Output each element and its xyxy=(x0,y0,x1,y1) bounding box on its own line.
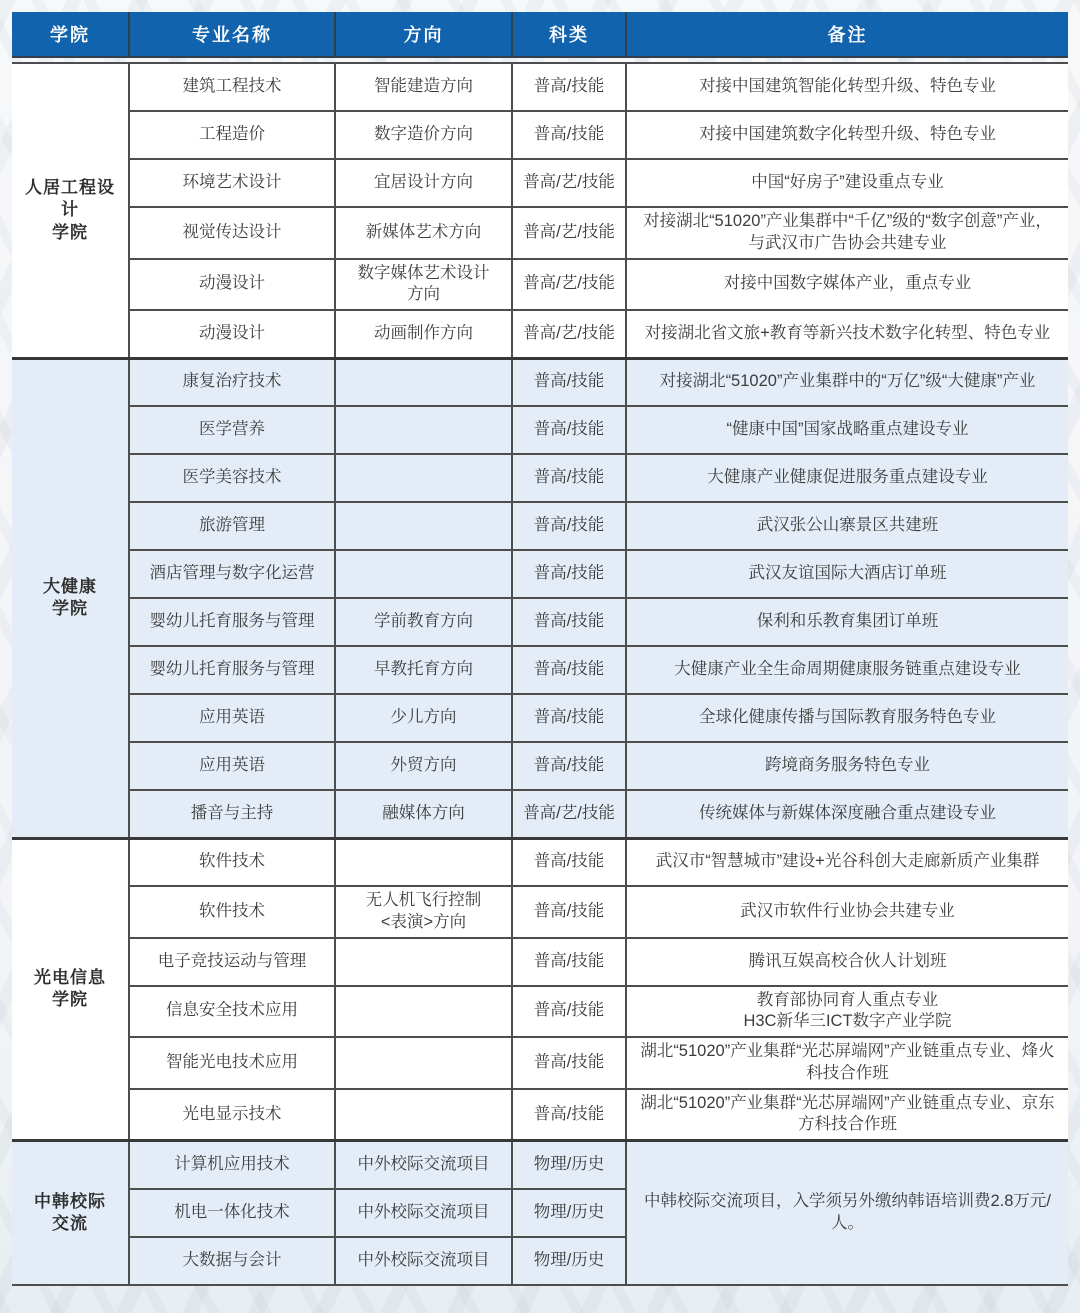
remark-cell: 保利和乐教育集团订单班 xyxy=(626,598,1068,646)
major-cell: 医学营养 xyxy=(129,406,335,454)
merged-remark-cell: 中韩校际交流项目，入学须另外缴纳韩语培训费2.8万元/人。 xyxy=(626,1141,1068,1285)
table-row: 视觉传达设计 新媒体艺术方向 普高/艺/技能 对接湖北“51020”产业集群中“… xyxy=(12,207,1068,259)
category-cell: 普高/艺/技能 xyxy=(512,310,626,358)
header-row: 学院 专业名称 方向 科类 备注 xyxy=(12,12,1068,57)
major-cell: 机电一体化技术 xyxy=(129,1189,335,1237)
category-cell: 普高/技能 xyxy=(512,1089,626,1141)
header-remark: 备注 xyxy=(626,12,1068,57)
table-row: 信息安全技术应用 普高/技能 教育部协同育人重点专业 H3C新华三ICT数字产业… xyxy=(12,986,1068,1038)
category-cell: 普高/技能 xyxy=(512,598,626,646)
remark-cell: 教育部协同育人重点专业 H3C新华三ICT数字产业学院 xyxy=(626,986,1068,1038)
direction-cell: 少儿方向 xyxy=(335,694,512,742)
direction-cell xyxy=(335,454,512,502)
table-row: 动漫设计 动画制作方向 普高/艺/技能 对接湖北省文旅+教育等新兴技术数字化转型… xyxy=(12,310,1068,358)
category-cell: 物理/历史 xyxy=(512,1189,626,1237)
category-cell: 普高/技能 xyxy=(512,502,626,550)
major-cell: 软件技术 xyxy=(129,838,335,886)
major-cell: 智能光电技术应用 xyxy=(129,1037,335,1089)
major-cell: 播音与主持 xyxy=(129,790,335,838)
major-cell: 动漫设计 xyxy=(129,310,335,358)
table-row: 光电显示技术 普高/技能 湖北“51020”产业集群“光芯屏端网”产业链重点专业… xyxy=(12,1089,1068,1141)
remark-cell: 湖北“51020”产业集群“光芯屏端网”产业链重点专业、烽火科技合作班 xyxy=(626,1037,1068,1089)
college-cell: 大健康 学院 xyxy=(12,358,129,838)
table-row: 医学营养 普高/技能 “健康中国”国家战略重点建设专业 xyxy=(12,406,1068,454)
table-row: 应用英语 少儿方向 普高/技能 全球化健康传播与国际教育服务特色专业 xyxy=(12,694,1068,742)
major-cell: 建筑工程技术 xyxy=(129,63,335,111)
major-cell: 旅游管理 xyxy=(129,502,335,550)
category-cell: 普高/技能 xyxy=(512,454,626,502)
major-cell: 大数据与会计 xyxy=(129,1237,335,1285)
table-row: 酒店管理与数字化运营 普高/技能 武汉友谊国际大酒店订单班 xyxy=(12,550,1068,598)
remark-cell: 传统媒体与新媒体深度融合重点建设专业 xyxy=(626,790,1068,838)
category-cell: 普高/技能 xyxy=(512,111,626,159)
major-cell: 应用英语 xyxy=(129,694,335,742)
table-row: 电子竞技运动与管理 普高/技能 腾讯互娱高校合伙人计划班 xyxy=(12,938,1068,986)
category-cell: 普高/技能 xyxy=(512,63,626,111)
category-cell: 普高/技能 xyxy=(512,886,626,938)
direction-cell xyxy=(335,406,512,454)
category-cell: 普高/艺/技能 xyxy=(512,259,626,311)
remark-cell: 大健康产业全生命周期健康服务链重点建设专业 xyxy=(626,646,1068,694)
header-direction: 方向 xyxy=(335,12,512,57)
remark-cell: 对接湖北省文旅+教育等新兴技术数字化转型、特色专业 xyxy=(626,310,1068,358)
major-cell: 计算机应用技术 xyxy=(129,1141,335,1189)
table-row: 工程造价 数字造价方向 普高/技能 对接中国建筑数字化转型升级、特色专业 xyxy=(12,111,1068,159)
category-cell: 普高/技能 xyxy=(512,358,626,406)
direction-cell xyxy=(335,938,512,986)
major-cell: 视觉传达设计 xyxy=(129,207,335,259)
college-cell: 中韩校际 交流 xyxy=(12,1141,129,1285)
remark-cell: 武汉张公山寨景区共建班 xyxy=(626,502,1068,550)
remark-cell: 对接湖北“51020”产业集群中的“万亿”级“大健康”产业 xyxy=(626,358,1068,406)
table-row: 应用英语 外贸方向 普高/技能 跨境商务服务特色专业 xyxy=(12,742,1068,790)
table-row: 播音与主持 融媒体方向 普高/艺/技能 传统媒体与新媒体深度融合重点建设专业 xyxy=(12,790,1068,838)
college-cell: 人居工程设计 学院 xyxy=(12,63,129,358)
table-row: 环境艺术设计 宜居设计方向 普高/艺/技能 中国“好房子”建设重点专业 xyxy=(12,159,1068,207)
table-row: 人居工程设计 学院 建筑工程技术 智能建造方向 普高/技能 对接中国建筑智能化转… xyxy=(12,63,1068,111)
major-cell: 动漫设计 xyxy=(129,259,335,311)
remark-cell: 对接中国建筑智能化转型升级、特色专业 xyxy=(626,63,1068,111)
majors-table: 学院 专业名称 方向 科类 备注 人居工程设计 学院 建筑工程技术 智能建造方向… xyxy=(12,12,1068,1286)
table-row: 大健康 学院 康复治疗技术 普高/技能 对接湖北“51020”产业集群中的“万亿… xyxy=(12,358,1068,406)
direction-cell: 融媒体方向 xyxy=(335,790,512,838)
table-header: 学院 专业名称 方向 科类 备注 xyxy=(12,12,1068,63)
direction-cell: 早教托育方向 xyxy=(335,646,512,694)
header-category: 科类 xyxy=(512,12,626,57)
direction-cell xyxy=(335,550,512,598)
remark-cell: 腾讯互娱高校合伙人计划班 xyxy=(626,938,1068,986)
majors-sheet: 学院 专业名称 方向 科类 备注 人居工程设计 学院 建筑工程技术 智能建造方向… xyxy=(12,12,1068,1286)
direction-cell: 新媒体艺术方向 xyxy=(335,207,512,259)
direction-cell: 数字造价方向 xyxy=(335,111,512,159)
category-cell: 物理/历史 xyxy=(512,1141,626,1189)
category-cell: 普高/技能 xyxy=(512,986,626,1038)
category-cell: 普高/技能 xyxy=(512,550,626,598)
category-cell: 普高/技能 xyxy=(512,938,626,986)
category-cell: 物理/历史 xyxy=(512,1237,626,1285)
table-row: 中韩校际 交流 计算机应用技术 中外校际交流项目 物理/历史 中韩校际交流项目，… xyxy=(12,1141,1068,1189)
direction-cell xyxy=(335,1089,512,1141)
direction-cell xyxy=(335,1037,512,1089)
table-row: 婴幼儿托育服务与管理 早教托育方向 普高/技能 大健康产业全生命周期健康服务链重… xyxy=(12,646,1068,694)
header-major: 专业名称 xyxy=(129,12,335,57)
remark-cell: 中国“好房子”建设重点专业 xyxy=(626,159,1068,207)
table-row: 光电信息 学院 软件技术 普高/技能 武汉市“智慧城市”建设+光谷科创大走廊新质… xyxy=(12,838,1068,886)
remark-cell: 武汉市“智慧城市”建设+光谷科创大走廊新质产业集群 xyxy=(626,838,1068,886)
category-cell: 普高/技能 xyxy=(512,646,626,694)
table-row: 婴幼儿托育服务与管理 学前教育方向 普高/技能 保利和乐教育集团订单班 xyxy=(12,598,1068,646)
major-cell: 环境艺术设计 xyxy=(129,159,335,207)
table-row: 医学美容技术 普高/技能 大健康产业健康促进服务重点建设专业 xyxy=(12,454,1068,502)
major-cell: 光电显示技术 xyxy=(129,1089,335,1141)
major-cell: 医学美容技术 xyxy=(129,454,335,502)
category-cell: 普高/技能 xyxy=(512,406,626,454)
remark-cell: 对接湖北“51020”产业集群中“千亿”级的“数字创意”产业，与武汉市广告协会共… xyxy=(626,207,1068,259)
major-cell: 工程造价 xyxy=(129,111,335,159)
major-cell: 软件技术 xyxy=(129,886,335,938)
direction-cell xyxy=(335,838,512,886)
table-row: 软件技术 无人机飞行控制 <表演>方向 普高/技能 武汉市软件行业协会共建专业 xyxy=(12,886,1068,938)
direction-cell xyxy=(335,358,512,406)
remark-cell: 对接中国建筑数字化转型升级、特色专业 xyxy=(626,111,1068,159)
table-row: 动漫设计 数字媒体艺术设计 方向 普高/艺/技能 对接中国数字媒体产业，重点专业 xyxy=(12,259,1068,311)
direction-cell: 外贸方向 xyxy=(335,742,512,790)
direction-cell: 中外校际交流项目 xyxy=(335,1141,512,1189)
direction-cell: 中外校际交流项目 xyxy=(335,1189,512,1237)
major-cell: 酒店管理与数字化运营 xyxy=(129,550,335,598)
table-row: 智能光电技术应用 普高/技能 湖北“51020”产业集群“光芯屏端网”产业链重点… xyxy=(12,1037,1068,1089)
remark-cell: 对接中国数字媒体产业，重点专业 xyxy=(626,259,1068,311)
category-cell: 普高/技能 xyxy=(512,742,626,790)
direction-cell: 中外校际交流项目 xyxy=(335,1237,512,1285)
remark-cell: 武汉友谊国际大酒店订单班 xyxy=(626,550,1068,598)
direction-cell: 宜居设计方向 xyxy=(335,159,512,207)
direction-cell xyxy=(335,986,512,1038)
remark-cell: 湖北“51020”产业集群“光芯屏端网”产业链重点专业、京东方科技合作班 xyxy=(626,1089,1068,1141)
direction-cell: 动画制作方向 xyxy=(335,310,512,358)
major-cell: 婴幼儿托育服务与管理 xyxy=(129,646,335,694)
category-cell: 普高/艺/技能 xyxy=(512,207,626,259)
category-cell: 普高/艺/技能 xyxy=(512,790,626,838)
college-cell: 光电信息 学院 xyxy=(12,838,129,1141)
group-guangdian-xinxi: 光电信息 学院 软件技术 普高/技能 武汉市“智慧城市”建设+光谷科创大走廊新质… xyxy=(12,838,1068,1141)
group-renju-gongcheng: 人居工程设计 学院 建筑工程技术 智能建造方向 普高/技能 对接中国建筑智能化转… xyxy=(12,63,1068,358)
header-college: 学院 xyxy=(12,12,129,57)
direction-cell xyxy=(335,502,512,550)
remark-cell: 跨境商务服务特色专业 xyxy=(626,742,1068,790)
major-cell: 婴幼儿托育服务与管理 xyxy=(129,598,335,646)
remark-cell: “健康中国”国家战略重点建设专业 xyxy=(626,406,1068,454)
direction-cell: 数字媒体艺术设计 方向 xyxy=(335,259,512,311)
major-cell: 康复治疗技术 xyxy=(129,358,335,406)
remark-cell: 大健康产业健康促进服务重点建设专业 xyxy=(626,454,1068,502)
major-cell: 信息安全技术应用 xyxy=(129,986,335,1038)
category-cell: 普高/技能 xyxy=(512,694,626,742)
direction-cell: 学前教育方向 xyxy=(335,598,512,646)
category-cell: 普高/技能 xyxy=(512,838,626,886)
category-cell: 普高/艺/技能 xyxy=(512,159,626,207)
table-row: 旅游管理 普高/技能 武汉张公山寨景区共建班 xyxy=(12,502,1068,550)
direction-cell: 无人机飞行控制 <表演>方向 xyxy=(335,886,512,938)
major-cell: 应用英语 xyxy=(129,742,335,790)
group-zhonghan-jiaoliu: 中韩校际 交流 计算机应用技术 中外校际交流项目 物理/历史 中韩校际交流项目，… xyxy=(12,1141,1068,1285)
category-cell: 普高/技能 xyxy=(512,1037,626,1089)
major-cell: 电子竞技运动与管理 xyxy=(129,938,335,986)
group-dajiankang: 大健康 学院 康复治疗技术 普高/技能 对接湖北“51020”产业集群中的“万亿… xyxy=(12,358,1068,838)
remark-cell: 全球化健康传播与国际教育服务特色专业 xyxy=(626,694,1068,742)
direction-cell: 智能建造方向 xyxy=(335,63,512,111)
remark-cell: 武汉市软件行业协会共建专业 xyxy=(626,886,1068,938)
